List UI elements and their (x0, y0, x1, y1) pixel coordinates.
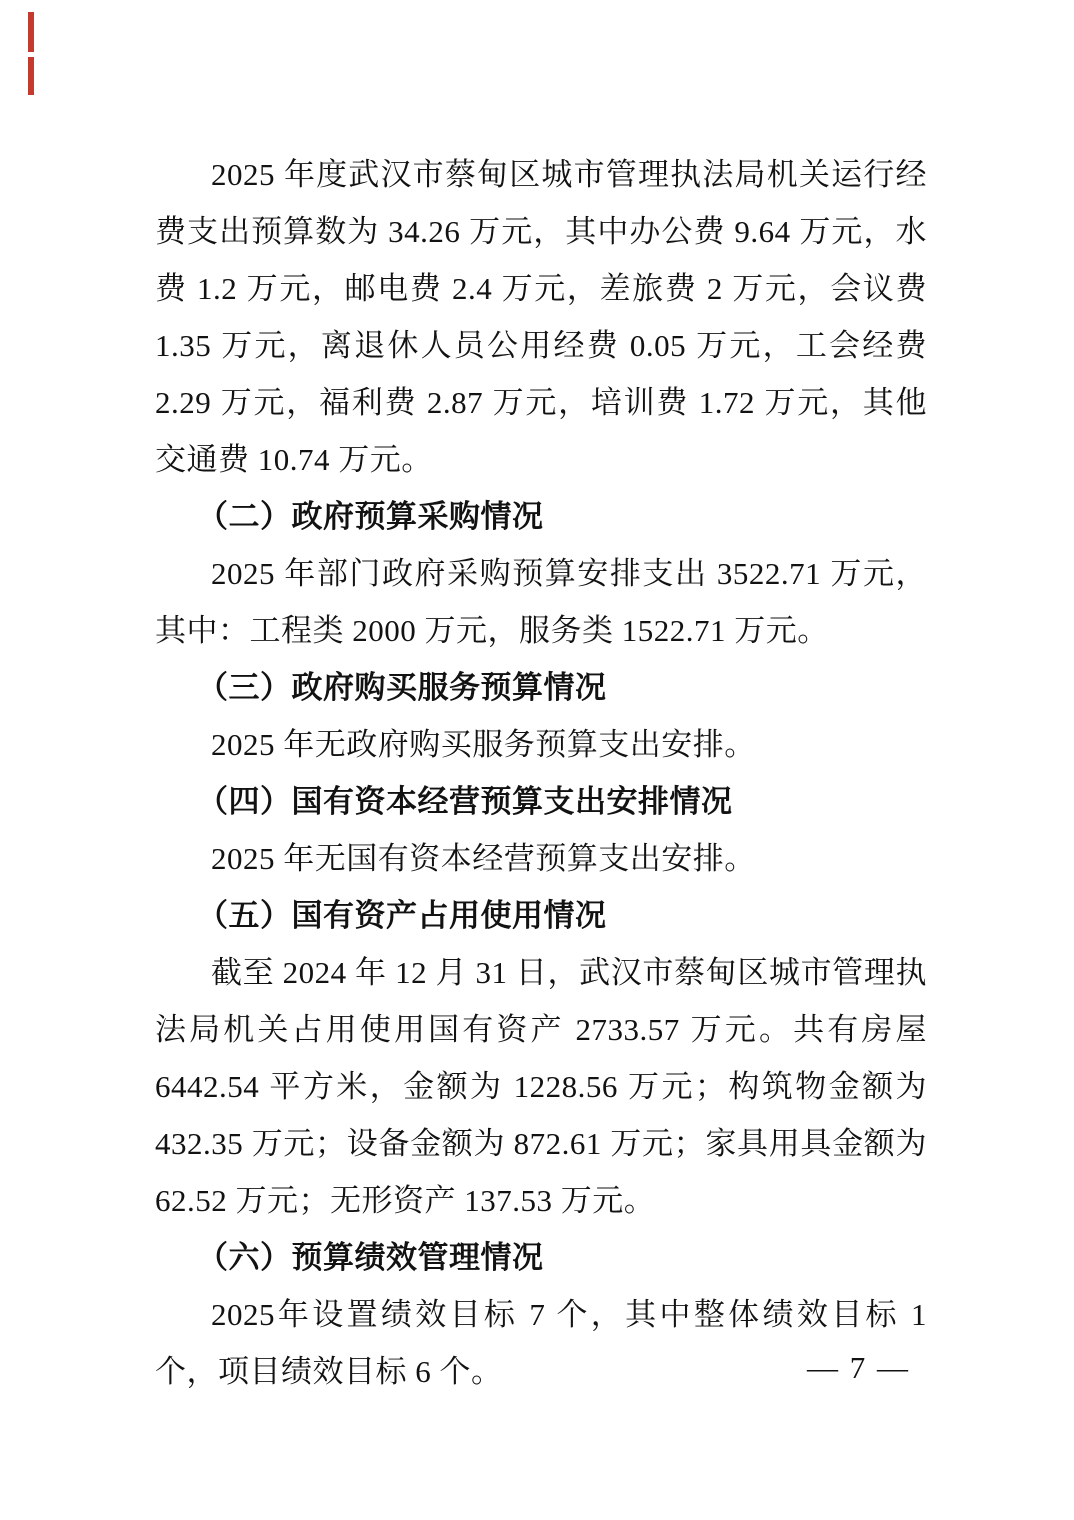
red-margin-marks (28, 12, 35, 100)
document-page: 2025 年度武汉市蔡甸区城市管理执法局机关运行经费支出预算数为 34.26 万… (0, 0, 1074, 1520)
section-heading: （五）国有资产占用使用情况 (155, 887, 927, 944)
section-heading: （四）国有资本经营预算支出安排情况 (155, 773, 927, 830)
section-heading: （二）政府预算采购情况 (155, 488, 927, 545)
body-paragraph: 2025 年度武汉市蔡甸区城市管理执法局机关运行经费支出预算数为 34.26 万… (155, 146, 927, 488)
document-body: 2025 年度武汉市蔡甸区城市管理执法局机关运行经费支出预算数为 34.26 万… (155, 146, 927, 1400)
red-dash-icon (28, 57, 34, 95)
page-number: — 7 — (807, 1348, 910, 1388)
body-paragraph: 2025 年无国有资本经营预算支出安排。 (155, 830, 927, 887)
section-heading: （六）预算绩效管理情况 (155, 1229, 927, 1286)
section-heading: （三）政府购买服务预算情况 (155, 659, 927, 716)
body-paragraph: 2025 年部门政府采购预算安排支出 3522.71 万元，其中：工程类 200… (155, 545, 927, 659)
red-dash-icon (28, 12, 34, 52)
body-paragraph: 截至 2024 年 12 月 31 日，武汉市蔡甸区城市管理执法局机关占用使用国… (155, 944, 927, 1229)
body-paragraph: 2025 年无政府购买服务预算支出安排。 (155, 716, 927, 773)
